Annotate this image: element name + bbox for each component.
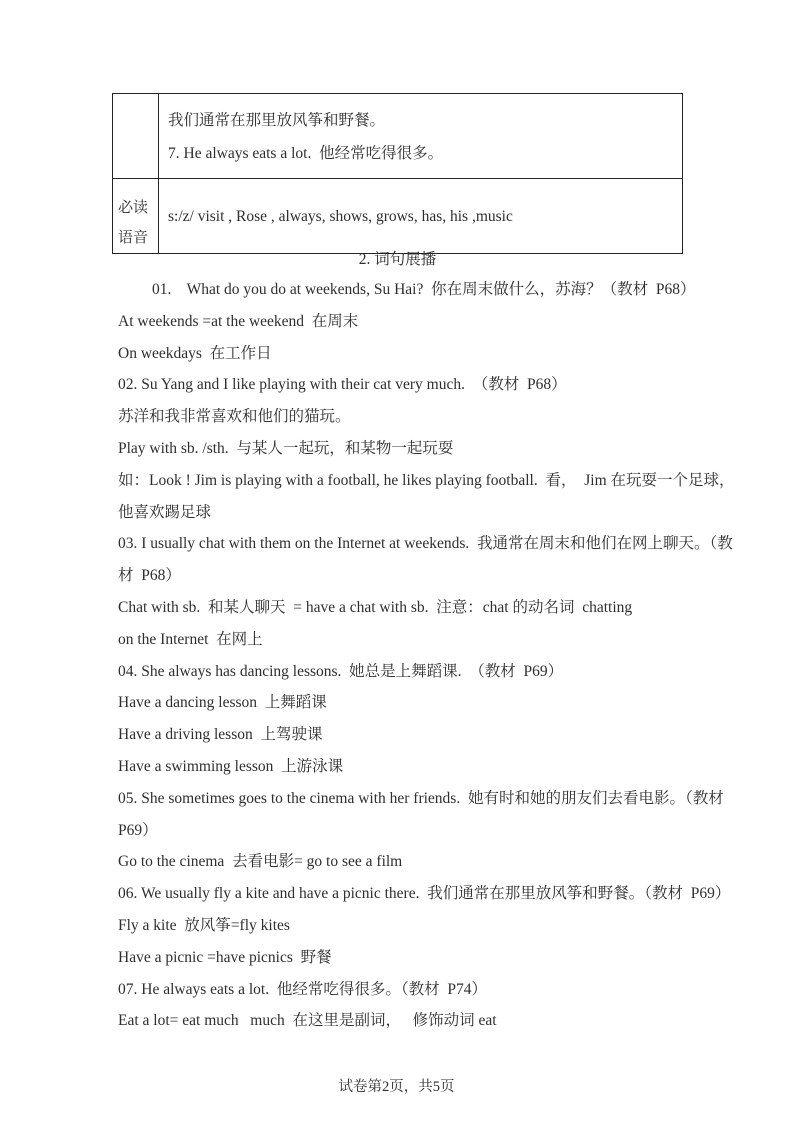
body-line: P69） — [118, 815, 698, 847]
body-line: Play with sb. /sth. 与某人一起玩，和某物一起玩耍 — [118, 433, 698, 465]
table-row: 我们通常在那里放风筝和野餐。 7. He always eats a lot. … — [113, 94, 682, 178]
section-heading: 2. 词句展播 — [112, 249, 683, 271]
table-cell-content: 我们通常在那里放风筝和野餐。 7. He always eats a lot. … — [159, 94, 682, 178]
table-text-line: 我们通常在那里放风筝和野餐。 — [168, 104, 676, 137]
body-line: 苏洋和我非常喜欢和他们的猫玩。 — [118, 401, 698, 433]
body-line-03: 03. I usually chat with them on the Inte… — [118, 528, 698, 560]
body-line: Fly a kite 放风筝=fly kites — [118, 910, 698, 942]
body-line: 他喜欢踢足球 — [118, 497, 698, 529]
table-text-line: 7. He always eats a lot. 他经常吃得很多。 — [168, 137, 676, 170]
table-cell-label-empty — [113, 94, 159, 178]
body-line: 材 P68） — [118, 560, 698, 592]
document-page: 我们通常在那里放风筝和野餐。 7. He always eats a lot. … — [0, 0, 793, 1122]
table-cell-label: 必读 语音 — [113, 179, 159, 253]
notes-table: 我们通常在那里放风筝和野餐。 7. He always eats a lot. … — [112, 93, 683, 254]
body-line: On weekdays 在工作日 — [118, 338, 698, 370]
body-line: Have a driving lesson 上驾驶课 — [118, 719, 698, 751]
body-line: Have a swimming lesson 上游泳课 — [118, 751, 698, 783]
body-line-05: 05. She sometimes goes to the cinema wit… — [118, 783, 698, 815]
table-cell-content: s:/z/ visit , Rose , always, shows, grow… — [159, 179, 682, 253]
body-line-06: 06. We usually fly a kite and have a pic… — [118, 878, 698, 910]
body-line-01: 01. What do you do at weekends, Su Hai? … — [118, 274, 698, 306]
body-line: Go to the cinema 去看电影= go to see a film — [118, 846, 698, 878]
body-line: Have a picnic =have picnics 野餐 — [118, 942, 698, 974]
page-footer: 试卷第2页，共5页 — [0, 1077, 793, 1097]
body-line-04: 04. She always has dancing lessons. 她总是上… — [118, 656, 698, 688]
body-line: on the Internet 在网上 — [118, 624, 698, 656]
body-line-02: 02. Su Yang and I like playing with thei… — [118, 369, 698, 401]
document-body: 01. What do you do at weekends, Su Hai? … — [118, 274, 698, 1037]
body-line-07: 07. He always eats a lot. 他经常吃得很多。（教材 P7… — [118, 974, 698, 1006]
table-text-line: s:/z/ visit , Rose , always, shows, grow… — [168, 200, 513, 233]
table-label-line: 必读 — [118, 193, 156, 223]
table-row: 必读 语音 s:/z/ visit , Rose , always, shows… — [113, 178, 682, 253]
body-line: 如：Look ! Jim is playing with a football,… — [118, 465, 698, 497]
body-line: Chat with sb. 和某人聊天 = have a chat with s… — [118, 592, 698, 624]
body-line: Have a dancing lesson 上舞蹈课 — [118, 687, 698, 719]
body-line: At weekends =at the weekend 在周末 — [118, 306, 698, 338]
body-line: Eat a lot= eat much much 在这里是副词， 修饰动词 ea… — [118, 1005, 698, 1037]
